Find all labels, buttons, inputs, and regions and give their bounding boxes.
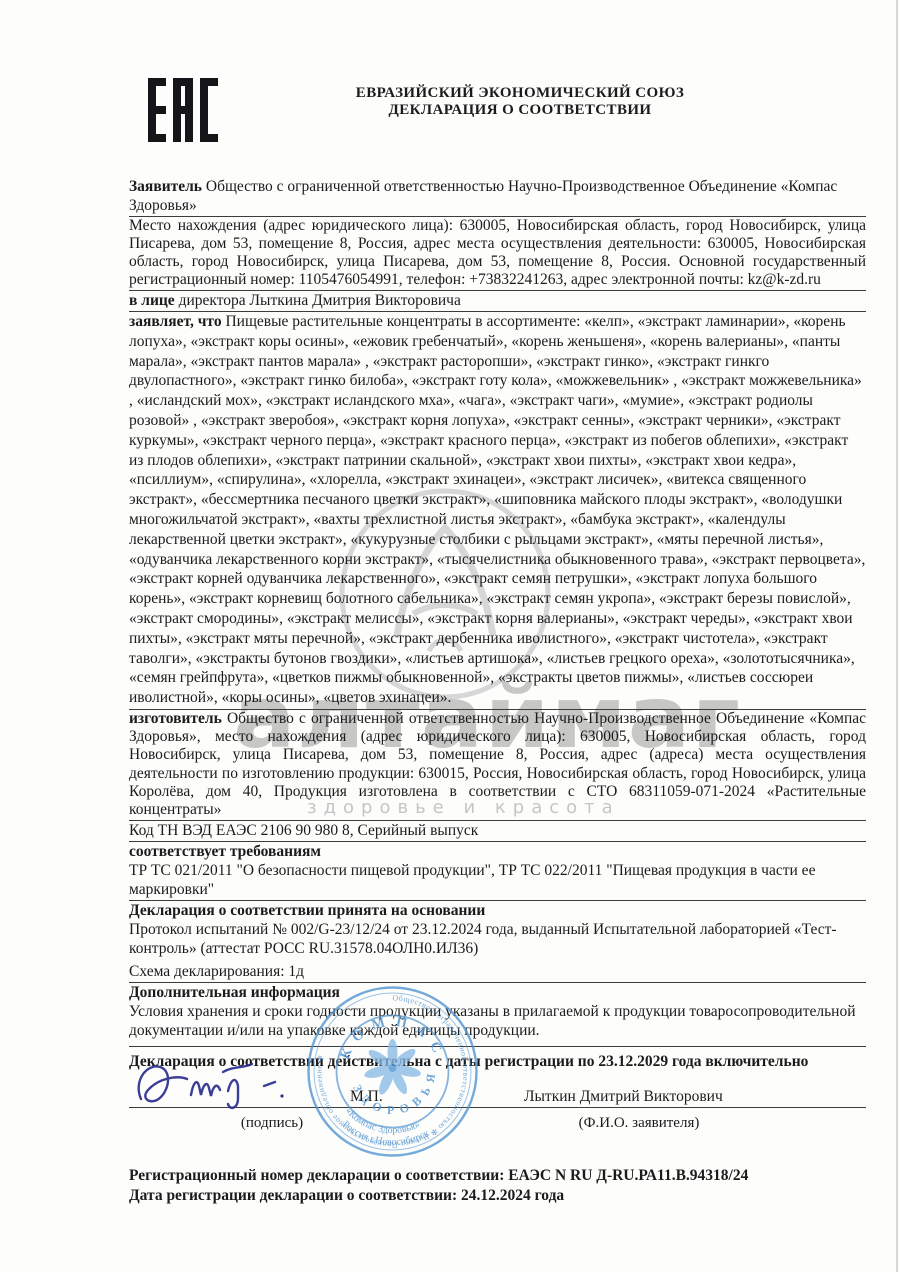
section-additional-info: Дополнительная информация Условия хранен… xyxy=(129,983,866,1047)
document-title: ЕВРАЗИЙСКИЙ ЭКОНОМИЧЕСКИЙ СОЮЗ ДЕКЛАРАЦИ… xyxy=(270,85,770,119)
applicant-full-name: Лыткин Дмитрий Викторович xyxy=(524,1087,723,1106)
tnved-text: Код ТН ВЭД ЕАЭС 2106 90 980 8, Серийный … xyxy=(129,822,478,839)
additional-info-text: Условия хранения и сроки годности продук… xyxy=(129,1002,866,1040)
represented-by-text: директора Лыткина Дмитрия Викторовича xyxy=(175,292,461,309)
section-applicant: Заявитель Общество с ограниченной ответс… xyxy=(129,177,866,217)
applicant-label: Заявитель xyxy=(129,178,202,195)
basis-text: Протокол испытаний № 002/G-23/12/24 от 2… xyxy=(129,920,866,958)
handwritten-signature xyxy=(133,1055,313,1111)
signature-row: Общество с ограниченной ответственностью… xyxy=(129,1071,866,1108)
document-body: Заявитель Общество с ограниченной ответс… xyxy=(129,177,866,1205)
applicant-text: Общество с ограниченной ответственностью… xyxy=(129,178,837,214)
compliance-header: соответствует требованиям xyxy=(129,842,866,861)
eac-mark-logo xyxy=(148,78,218,142)
section-declares: заявляет, что Пищевые растительные конце… xyxy=(129,312,866,710)
signature-caption: (подпись) xyxy=(241,1114,303,1133)
fio-caption: (Ф.И.О. заявителя) xyxy=(579,1114,700,1133)
declares-label: заявляет, что xyxy=(129,313,222,330)
title-declaration: ДЕКЛАРАЦИЯ О СООТВЕТСТВИИ xyxy=(270,102,770,119)
stamp-place-label: М.П. xyxy=(350,1087,383,1106)
registration-block: Регистрационный номер декларации о соотв… xyxy=(129,1166,866,1205)
represented-by-label: в лице xyxy=(129,292,175,309)
section-tnved: Код ТН ВЭД ЕАЭС 2106 90 980 8, Серийный … xyxy=(129,821,866,842)
manufacturer-label: изготовитель xyxy=(129,710,222,727)
location-text: Место нахождения (адрес юридического лиц… xyxy=(129,217,866,288)
title-union: ЕВРАЗИЙСКИЙ ЭКОНОМИЧЕСКИЙ СОЮЗ xyxy=(270,85,770,102)
signature-captions: (подпись) (Ф.И.О. заявителя) xyxy=(129,1108,866,1138)
basis-header: Декларация о соответствии принята на осн… xyxy=(129,901,866,920)
scan-edge-artifact xyxy=(896,0,898,1272)
section-basis: Декларация о соответствии принята на осн… xyxy=(129,901,866,983)
section-location: Место нахождения (адрес юридического лиц… xyxy=(129,217,866,291)
declaration-document: алтаймаг здоровье и красота ЕВРАЗИЙСКИЙ … xyxy=(0,0,900,1272)
registration-date: Дата регистрации декларации о соответств… xyxy=(129,1186,866,1206)
basis-scheme: Схема декларирования: 1д xyxy=(129,962,866,981)
manufacturer-text: Общество с ограниченной ответственностью… xyxy=(129,710,866,818)
registration-number: Регистрационный номер декларации о соотв… xyxy=(129,1166,866,1186)
section-represented-by: в лице директора Лыткина Дмитрия Викторо… xyxy=(129,291,866,312)
declares-text: Пищевые растительные концентраты в ассор… xyxy=(129,313,865,706)
additional-info-header: Дополнительная информация xyxy=(129,983,866,1002)
compliance-text: ТР ТС 021/2011 "О безопасности пищевой п… xyxy=(129,861,866,899)
section-manufacturer: изготовитель Общество с ограниченной отв… xyxy=(129,710,866,821)
section-compliance: соответствует требованиям ТР ТС 021/2011… xyxy=(129,842,866,901)
